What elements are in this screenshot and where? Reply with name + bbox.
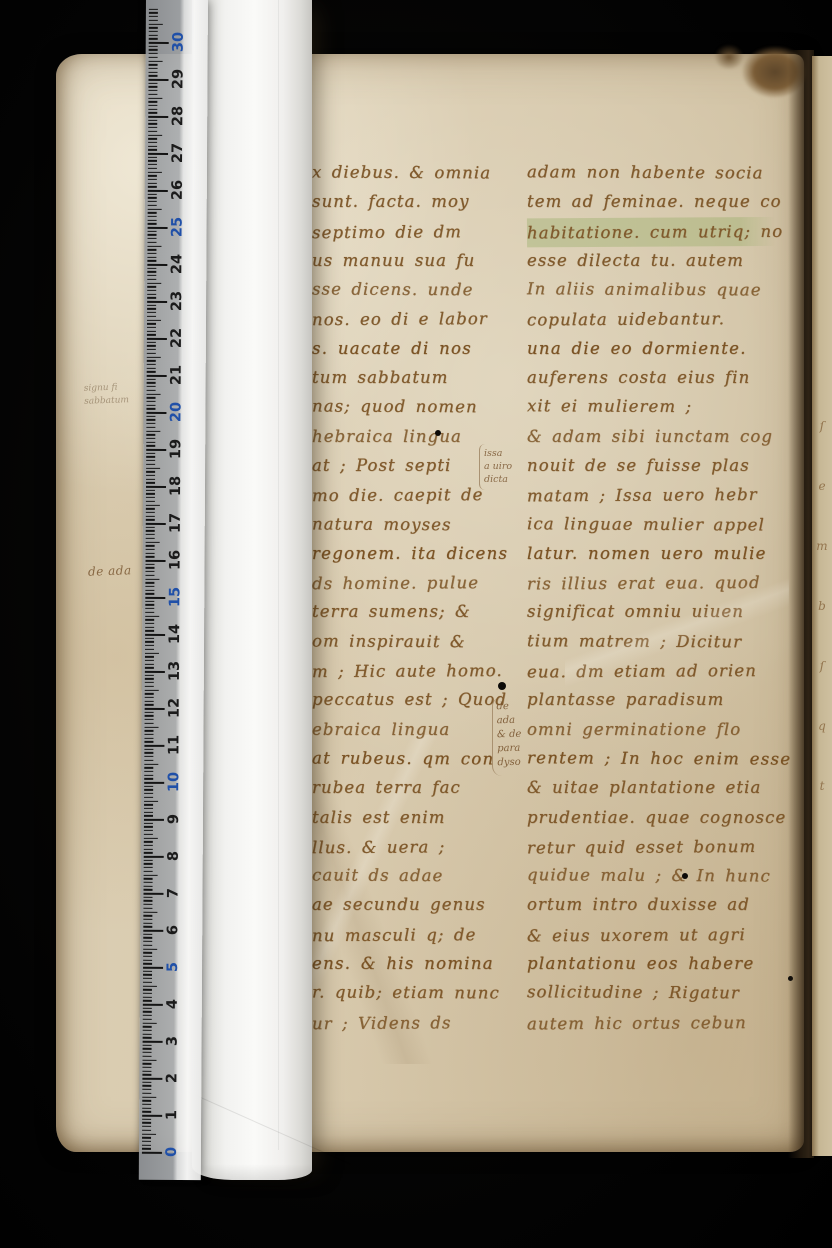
ruler-mm-tick — [146, 427, 155, 428]
ruler-mm-tick — [147, 279, 156, 280]
manuscript-line: dicta — [484, 473, 512, 486]
manuscript-line: habitatione. cum utriq; no — [527, 216, 823, 247]
ruler-number: 0 — [163, 1139, 181, 1165]
ruler-mm-tick — [148, 157, 157, 158]
ruler-mm-tick — [148, 86, 157, 87]
ruler-mm-tick — [142, 1093, 151, 1094]
ruler-mm-tick — [144, 823, 153, 824]
manuscript-line: & eius uxorem ut agri — [527, 919, 823, 950]
ruler-number: 24 — [168, 251, 186, 277]
ruler-cm-tick — [148, 227, 168, 229]
ruler-mm-tick — [146, 538, 155, 539]
manuscript-line: latur. nomen uero mulie — [527, 539, 823, 568]
manuscript-line: significat omniu uiuen — [527, 597, 823, 626]
ruler-mm-tick — [143, 1019, 152, 1020]
ruler-mm-tick — [146, 567, 155, 568]
manuscript-line: sabbatum — [84, 394, 129, 409]
manuscript-line: s. uacate di nos — [312, 334, 524, 363]
ruler-mm-tick — [142, 1059, 156, 1060]
ruler-mm-tick — [143, 922, 152, 923]
marginal-gloss-faint: signu fisabbatum — [84, 381, 130, 409]
manuscript-line: & de — [497, 728, 522, 742]
manuscript-line: regonem. ita dicens — [312, 539, 524, 568]
ruler-mm-tick — [144, 760, 153, 761]
manuscript-line: esse dilecta tu. autem — [527, 246, 823, 275]
manuscript-line: m ; Hic aute homo. — [312, 656, 524, 687]
ruler-mm-tick — [147, 286, 156, 287]
manuscript-line: tum sabbatum — [312, 363, 524, 392]
ruler-number: 28 — [169, 103, 187, 129]
manuscript-line: autem hic ortus cebun — [527, 1007, 823, 1038]
ruler-mm-tick — [143, 941, 152, 942]
ruler-cm-tick — [148, 79, 168, 81]
ruler-mm-tick — [145, 726, 159, 727]
ruler-mm-tick — [146, 515, 155, 516]
manuscript-line: ada — [497, 714, 522, 728]
ruler-mm-tick — [145, 678, 154, 679]
ruler-mm-tick — [146, 482, 155, 483]
manuscript-line: tem ad feminae. neque co — [527, 187, 823, 216]
ruler-mm-tick — [144, 741, 153, 742]
ruler-mm-tick — [147, 334, 156, 335]
ruler-mm-tick — [149, 20, 158, 21]
ruler-mm-tick — [149, 49, 158, 50]
ruler-mm-tick — [143, 900, 152, 901]
ruler-mm-tick — [146, 501, 155, 502]
ruler-mm-tick — [142, 1104, 151, 1105]
ruler-mm-tick — [145, 730, 154, 731]
ruler-number: 5 — [164, 954, 182, 980]
ruler-mm-tick — [145, 619, 154, 620]
ruler-mm-tick — [146, 519, 155, 520]
ruler-mm-tick — [144, 793, 153, 794]
ruler-mm-tick — [149, 31, 158, 32]
manuscript-line: matam ; Issa uero hebr — [527, 480, 823, 511]
ruler-mm-tick — [146, 416, 155, 417]
ruler-mm-tick — [145, 626, 154, 627]
manuscript-line: x diebus. & omnia — [312, 157, 524, 187]
ruler-mm-tick — [148, 171, 162, 172]
ruler-mm-tick — [144, 889, 153, 890]
ruler-mm-tick — [145, 641, 154, 642]
ruler-mm-tick — [144, 771, 153, 772]
ruler-mm-tick — [147, 327, 156, 328]
ruler-mm-tick — [144, 860, 153, 861]
ruler-number: 2 — [163, 1065, 181, 1091]
manuscript-line: & uitae plantatione etia — [527, 773, 823, 802]
ruler-mm-tick — [144, 815, 153, 816]
ruler-mm-tick — [142, 1089, 151, 1090]
ruler-mm-tick — [144, 808, 153, 809]
ruler-mm-tick — [146, 430, 160, 431]
ruler-mm-tick — [147, 330, 156, 331]
ruler-mm-tick — [144, 734, 153, 735]
ruler-mm-tick — [147, 397, 156, 398]
ruler-number: 6 — [164, 917, 182, 943]
ruler-mm-tick — [146, 530, 155, 531]
ruler-cm-tick — [148, 153, 168, 155]
ruler-mm-tick — [144, 767, 153, 768]
ruler-mm-tick — [144, 811, 153, 812]
manuscript-line: tium matrem ; Dicitur — [527, 626, 823, 657]
ruler-mm-tick — [145, 612, 154, 613]
ruler-mm-tick — [147, 382, 156, 383]
ruler-number: 8 — [165, 843, 183, 869]
ruler-mm-tick — [143, 952, 152, 953]
ruler-mm-tick — [147, 256, 156, 257]
ruler-cm-tick — [149, 42, 169, 44]
manuscript-line: ur ; Videns ds — [312, 1007, 524, 1038]
ruler-mm-tick — [145, 649, 154, 650]
ruler-mm-tick — [142, 1122, 151, 1123]
wormhole-dot — [498, 682, 506, 690]
ruler-number: 29 — [169, 66, 187, 92]
ruler-mm-tick — [142, 1067, 151, 1068]
manuscript-line: eua. dm etiam ad orien — [527, 656, 823, 687]
ruler-mm-tick — [144, 763, 158, 764]
ruler-mm-tick — [143, 908, 152, 909]
ruler-mm-tick — [148, 182, 157, 183]
ruler-mm-tick — [142, 1107, 151, 1108]
ruler-mm-tick — [149, 27, 158, 28]
manuscript-line: b — [818, 600, 826, 612]
ruler-mm-tick — [145, 615, 159, 616]
ruler-mm-tick — [146, 460, 155, 461]
manuscript-line: dyso — [497, 756, 522, 770]
ruler-mm-tick — [149, 64, 158, 65]
ruler-mm-tick — [144, 774, 153, 775]
manuscript-line: auferens costa eius fin — [527, 363, 823, 392]
ruler-mm-tick — [147, 345, 156, 346]
ruler-number: 9 — [165, 806, 183, 832]
ruler-mm-tick — [146, 493, 155, 494]
ruler-cm-tick — [146, 449, 166, 451]
ruler-mm-tick — [143, 915, 152, 916]
page-damage-top-right-small — [714, 44, 744, 70]
ruler-mm-tick — [145, 656, 154, 657]
ruler-mm-tick — [148, 112, 157, 113]
ruler-mm-tick — [147, 297, 156, 298]
ruler-mm-tick — [148, 216, 157, 217]
ruler-mm-tick — [146, 438, 155, 439]
ruler: 0123456789101112131415161718192021222324… — [139, 0, 208, 1180]
manuscript-line: issa — [484, 447, 512, 460]
ruler-cm-tick — [146, 486, 166, 488]
ruler-mm-tick — [148, 238, 157, 239]
ruler-mm-tick — [145, 693, 154, 694]
ruler-mm-tick — [147, 319, 161, 320]
ruler-mm-tick — [146, 445, 155, 446]
ruler-cm-tick — [148, 116, 168, 118]
ruler-mm-tick — [145, 630, 154, 631]
ruler-mm-tick — [145, 660, 154, 661]
ruler-mm-tick — [142, 1063, 151, 1064]
ruler-mm-tick — [145, 571, 154, 572]
ruler-mm-tick — [147, 275, 156, 276]
ruler-mm-tick — [144, 867, 153, 868]
ruler-mm-tick — [143, 919, 152, 920]
manuscript-line: plantationu eos habere — [527, 949, 823, 978]
ruler-mm-tick — [143, 937, 152, 938]
ruler-mm-tick — [143, 1056, 152, 1057]
ruler-mm-tick — [142, 1141, 151, 1142]
manuscript-line: xit ei mulierem ; — [527, 392, 823, 423]
ruler-mm-tick — [144, 882, 153, 883]
ruler-mm-tick — [144, 789, 153, 790]
ruler-mm-tick — [146, 478, 155, 479]
ruler-mm-tick — [143, 970, 152, 971]
manuscript-line: us manuu sua fu — [312, 246, 524, 275]
ruler-number: 16 — [166, 547, 184, 573]
ruler-number: 21 — [168, 362, 186, 388]
ruler-mm-tick — [146, 434, 155, 435]
manuscript-line: plantasse paradisum — [527, 685, 823, 714]
manuscript-line: nu masculi q; de — [312, 920, 524, 951]
ruler-mm-tick — [148, 164, 157, 165]
manuscript-line: ens. & his nomina — [312, 949, 524, 978]
ruler-mm-tick — [143, 933, 152, 934]
ruler-mm-tick — [148, 142, 157, 143]
ruler-mm-tick — [148, 108, 157, 109]
ruler-mm-tick — [147, 390, 156, 391]
manuscript-line: retur quid esset bonum — [527, 831, 823, 862]
ruler-mm-tick — [147, 364, 156, 365]
manuscript-line: para — [497, 742, 522, 756]
ruler-number: 23 — [168, 288, 186, 314]
ruler-number: 12 — [166, 695, 184, 721]
manuscript-line: r. quib; etiam nunc — [312, 978, 524, 1008]
ruler-mm-tick — [143, 904, 152, 905]
ruler-mm-tick — [145, 582, 154, 583]
ruler-mm-tick — [144, 786, 153, 787]
ruler-mm-tick — [148, 197, 157, 198]
wormhole-dot — [435, 430, 441, 436]
ruler-mm-tick — [148, 149, 157, 150]
manuscript-line: omni germinatione flo — [527, 715, 823, 744]
ruler-mm-tick — [144, 878, 153, 879]
ruler-mm-tick — [147, 353, 156, 354]
ruler-number: 30 — [170, 29, 188, 55]
ruler-mm-tick — [147, 308, 156, 309]
ruler-mm-tick — [148, 127, 157, 128]
ruler-mm-tick — [145, 578, 159, 579]
facing-page-edge: ſembſqt — [812, 56, 832, 1156]
manuscript-line: prudentiae. quae cognosce — [527, 803, 823, 832]
ruler-number: 10 — [165, 769, 183, 795]
ruler-mm-tick — [146, 512, 155, 513]
ruler-mm-tick — [147, 360, 156, 361]
ruler-mm-tick — [143, 1044, 152, 1045]
ruler-mm-tick — [147, 349, 156, 350]
ruler-number: 22 — [168, 325, 186, 351]
ruler-cm-tick — [145, 671, 165, 673]
ruler-mm-tick — [148, 201, 157, 202]
ruler-mm-tick — [149, 60, 163, 61]
ruler-mm-tick — [146, 453, 155, 454]
manuscript-line: talis est enim — [312, 803, 524, 832]
ruler-mm-tick — [143, 945, 152, 946]
ruler-mm-tick — [147, 393, 161, 394]
ruler-mm-tick — [145, 682, 154, 683]
ruler-cm-tick — [146, 523, 166, 525]
ruler-mm-tick — [144, 852, 153, 853]
ruler-cm-tick — [147, 375, 167, 377]
ruler-mm-tick — [144, 834, 153, 835]
ruler-number: 26 — [169, 177, 187, 203]
ruler-mm-tick — [147, 401, 156, 402]
ruler-mm-tick — [143, 985, 157, 986]
ruler-mm-tick — [146, 456, 155, 457]
ruler-mm-tick — [149, 34, 158, 35]
ruler-mm-tick — [149, 9, 158, 10]
ruler-mm-tick — [143, 911, 157, 912]
ruler-cm-tick — [148, 190, 168, 192]
ruler-mm-tick — [145, 719, 154, 720]
ruler-mm-tick — [145, 638, 154, 639]
manuscript-line: ſ — [820, 660, 824, 672]
ruler-mm-tick — [147, 271, 156, 272]
manuscript-line: adam non habente socia — [527, 157, 823, 188]
ruler-mm-tick — [147, 312, 156, 313]
photo-stage: x diebus. & omniasunt. facta. moyseptimo… — [0, 0, 832, 1248]
ruler-mm-tick — [144, 804, 153, 805]
ruler-mm-tick — [144, 837, 158, 838]
ruler-mm-tick — [149, 75, 158, 76]
manuscript-line: terra sumens; & — [312, 597, 524, 626]
ruler-number: 15 — [166, 584, 184, 610]
ruler-number: 18 — [167, 473, 185, 499]
manuscript-line: ica linguae mulier appel — [527, 509, 823, 540]
manuscript-line: & adam sibi iunctam cog — [527, 422, 823, 451]
ruler-mm-tick — [145, 601, 154, 602]
wormhole-dot — [682, 873, 688, 879]
manuscript-line: quidue malu ; & In hunc — [527, 860, 823, 891]
ruler-cm-tick — [143, 1041, 163, 1043]
manuscript-line: sunt. facta. moy — [312, 187, 524, 216]
ruler-mm-tick — [143, 1033, 152, 1034]
ruler-mm-tick — [147, 386, 156, 387]
manuscript-line: sollicitudine ; Rigatur — [527, 978, 823, 1009]
ruler-mm-tick — [148, 105, 157, 106]
manuscript-line: m — [816, 540, 827, 552]
ruler-number: 13 — [166, 658, 184, 684]
ruler-mm-tick — [142, 1081, 151, 1082]
ruler-mm-tick — [149, 68, 158, 69]
ruler-mm-tick — [146, 490, 155, 491]
ruler-mm-tick — [143, 1052, 152, 1053]
ruler-mm-tick — [149, 53, 158, 54]
ruler-mm-tick — [148, 101, 157, 102]
ruler-mm-tick — [143, 993, 152, 994]
ruler-mm-tick — [148, 223, 157, 224]
ruler-mm-tick — [144, 778, 153, 779]
ruler-mm-tick — [145, 715, 154, 716]
ruler-mm-tick — [149, 38, 158, 39]
ruler-mm-tick — [143, 989, 152, 990]
ruler-mm-tick — [146, 545, 155, 546]
ruler-mm-tick — [143, 996, 152, 997]
ruler-mm-tick — [148, 120, 157, 121]
ruler-mm-tick — [145, 686, 154, 687]
ruler-mm-tick — [145, 712, 154, 713]
ruler-mm-tick — [146, 441, 155, 442]
ruler-mm-tick — [143, 1015, 152, 1016]
ruler-cm-tick — [145, 634, 165, 636]
ruler-mm-tick — [147, 290, 156, 291]
ruler-mm-tick — [145, 663, 154, 664]
text-column-left: x diebus. & omniasunt. facta. moyseptimo… — [312, 158, 524, 1037]
ruler-mm-tick — [147, 316, 156, 317]
ruler-mm-tick — [148, 83, 157, 84]
ruler-mm-tick — [146, 552, 155, 553]
marginal-gloss-de-ada: de ada — [88, 563, 132, 579]
ruler-mm-tick — [143, 1000, 152, 1001]
ruler-mm-tick — [143, 896, 152, 897]
manuscript-line: de ada — [88, 563, 132, 579]
ruler-number: 17 — [167, 510, 185, 536]
ruler-mm-tick — [148, 138, 157, 139]
ruler-mm-tick — [144, 826, 153, 827]
ruler-mm-tick — [145, 575, 154, 576]
ruler-cm-tick — [145, 708, 165, 710]
ruler-cm-tick — [143, 930, 163, 932]
ruler-mm-tick — [147, 260, 156, 261]
ruler-mm-tick — [145, 586, 154, 587]
manuscript-line: rentem ; In hoc enim esse — [527, 743, 823, 774]
manuscript-line: om inspirauit & — [312, 626, 524, 656]
ruler-number: 7 — [164, 880, 182, 906]
ruler-cm-tick — [144, 856, 164, 858]
ruler-mm-tick — [147, 245, 161, 246]
ruler-mm-tick — [147, 379, 156, 380]
ruler-number: 25 — [169, 214, 187, 240]
ruler-mm-tick — [148, 90, 157, 91]
ruler-mm-tick — [146, 423, 155, 424]
ruler-mm-tick — [144, 737, 153, 738]
intercolumn-gloss-paradyso: deada& deparadyso — [496, 700, 522, 770]
ruler-mm-tick — [143, 948, 157, 949]
ruler-mm-tick — [144, 845, 153, 846]
manuscript-line: t — [820, 780, 825, 792]
ruler-mm-tick — [144, 863, 153, 864]
ruler-mm-tick — [148, 212, 157, 213]
ruler-mm-tick — [146, 471, 155, 472]
manuscript-line: ris illius erat eua. quod — [527, 568, 823, 599]
ruler-mm-tick — [147, 253, 156, 254]
ruler-mm-tick — [142, 1144, 151, 1145]
ruler-mm-tick — [146, 419, 155, 420]
ruler-mm-tick — [147, 371, 156, 372]
manuscript-line: a uiro — [484, 460, 512, 473]
ruler-mm-tick — [148, 175, 157, 176]
manuscript-line: sse dicens. unde — [312, 275, 524, 305]
ruler-mm-tick — [143, 1022, 157, 1023]
ruler-mm-tick — [143, 959, 152, 960]
ruler-mm-tick — [143, 974, 152, 975]
ruler-mm-tick — [145, 689, 159, 690]
manuscript-line: una die eo dormiente. — [527, 334, 823, 363]
ruler-mm-tick — [149, 71, 158, 72]
manuscript-line: nas; quod nomen — [312, 392, 524, 422]
ruler-mm-tick — [148, 97, 162, 98]
ruler-mm-tick — [144, 800, 158, 801]
ruler-mm-tick — [143, 1037, 152, 1038]
ruler-mm-tick — [148, 231, 157, 232]
ruler-mm-tick — [144, 874, 158, 875]
ruler-mm-tick — [144, 752, 153, 753]
ruler-mm-tick — [146, 508, 155, 509]
ruler-cm-tick — [144, 782, 164, 784]
